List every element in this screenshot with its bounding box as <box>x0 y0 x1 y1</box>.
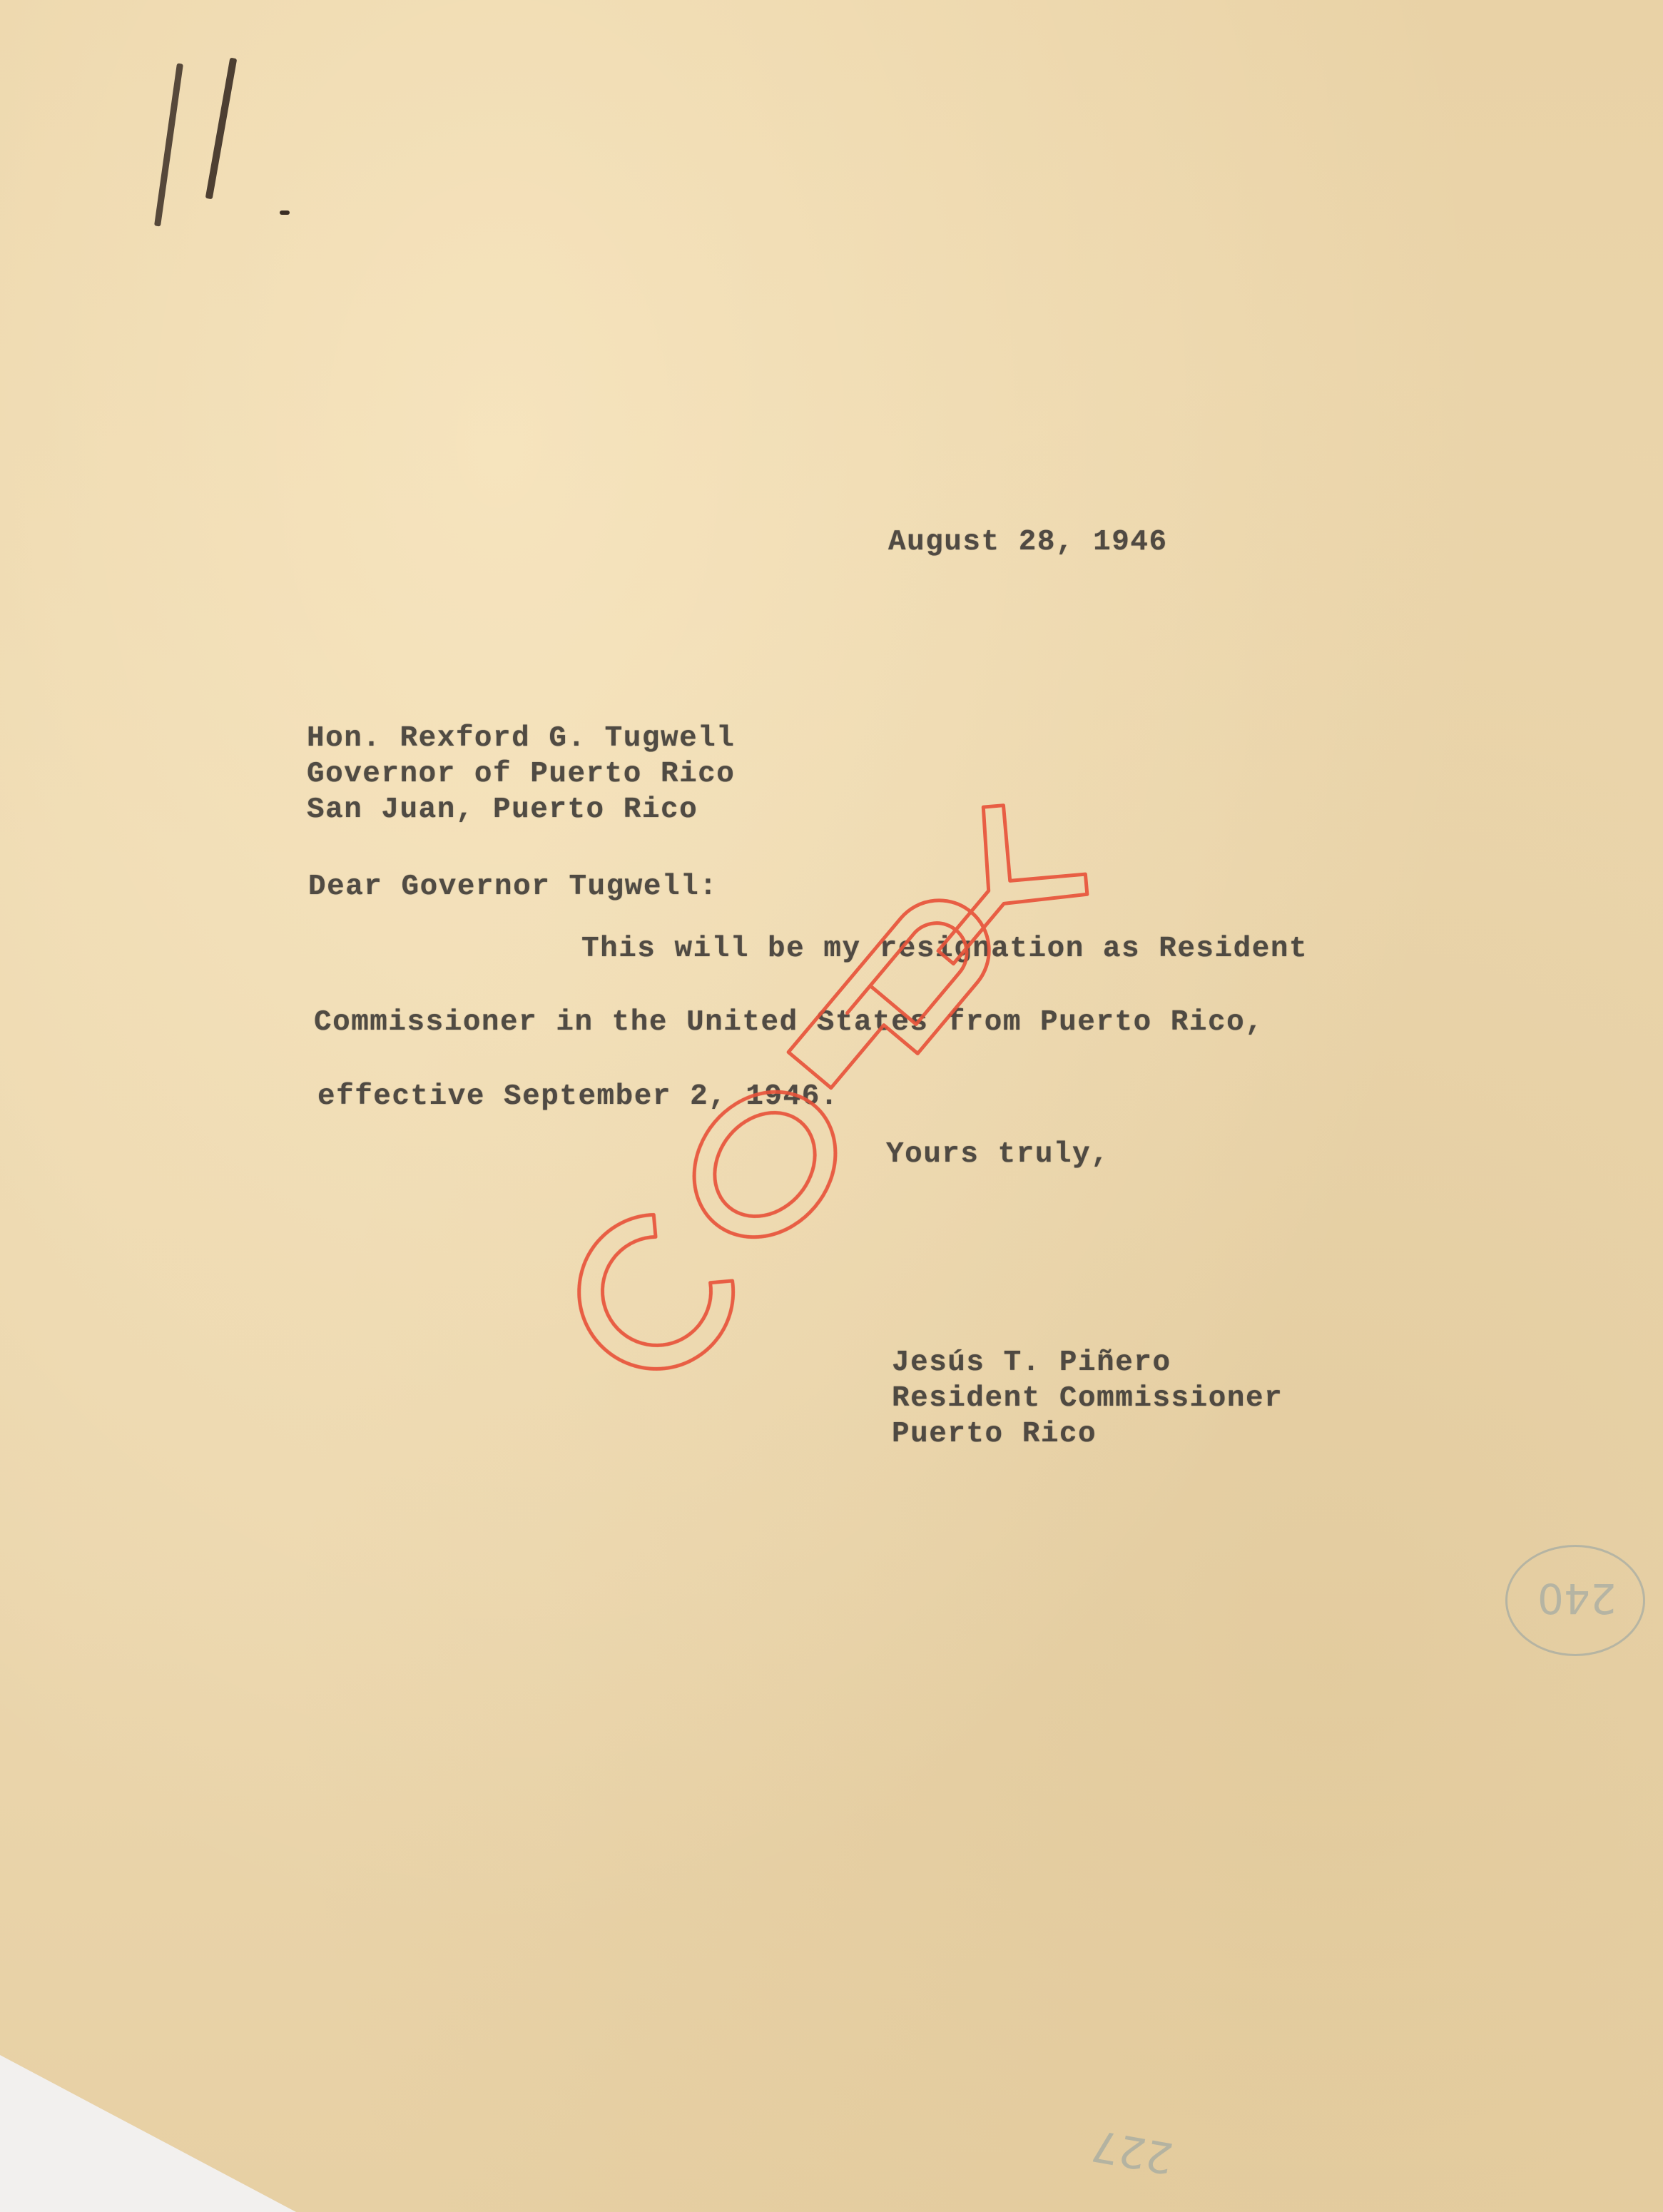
salutation: Dear Governor Tugwell: <box>308 869 718 905</box>
circled-page-number: 240 <box>1505 1545 1645 1656</box>
letter-date: August 28, 1946 <box>888 524 1168 560</box>
ink-dot <box>280 210 290 215</box>
body-line-1: This will be my resignation as Resident <box>581 931 1308 967</box>
closing: Yours truly, <box>886 1137 1109 1172</box>
signer-name: Jesús T. Piñero <box>892 1345 1283 1381</box>
recipient-name: Hon. Rexford G. Tugwell <box>307 721 735 756</box>
recipient-location: San Juan, Puerto Rico <box>307 792 735 828</box>
circled-number-text: 240 <box>1537 1574 1617 1623</box>
signer-location: Puerto Rico <box>892 1416 1283 1452</box>
body-line-2: Commissioner in the United States from P… <box>314 1005 1263 1040</box>
body-line-3: effective September 2, 1946. <box>317 1079 839 1115</box>
recipient-address: Hon. Rexford G. Tugwell Governor of Puer… <box>307 721 735 828</box>
signer-title: Resident Commissioner <box>892 1381 1283 1416</box>
recipient-title: Governor of Puerto Rico <box>307 756 735 792</box>
signature-block: Jesús T. Piñero Resident Commissioner Pu… <box>892 1345 1283 1452</box>
